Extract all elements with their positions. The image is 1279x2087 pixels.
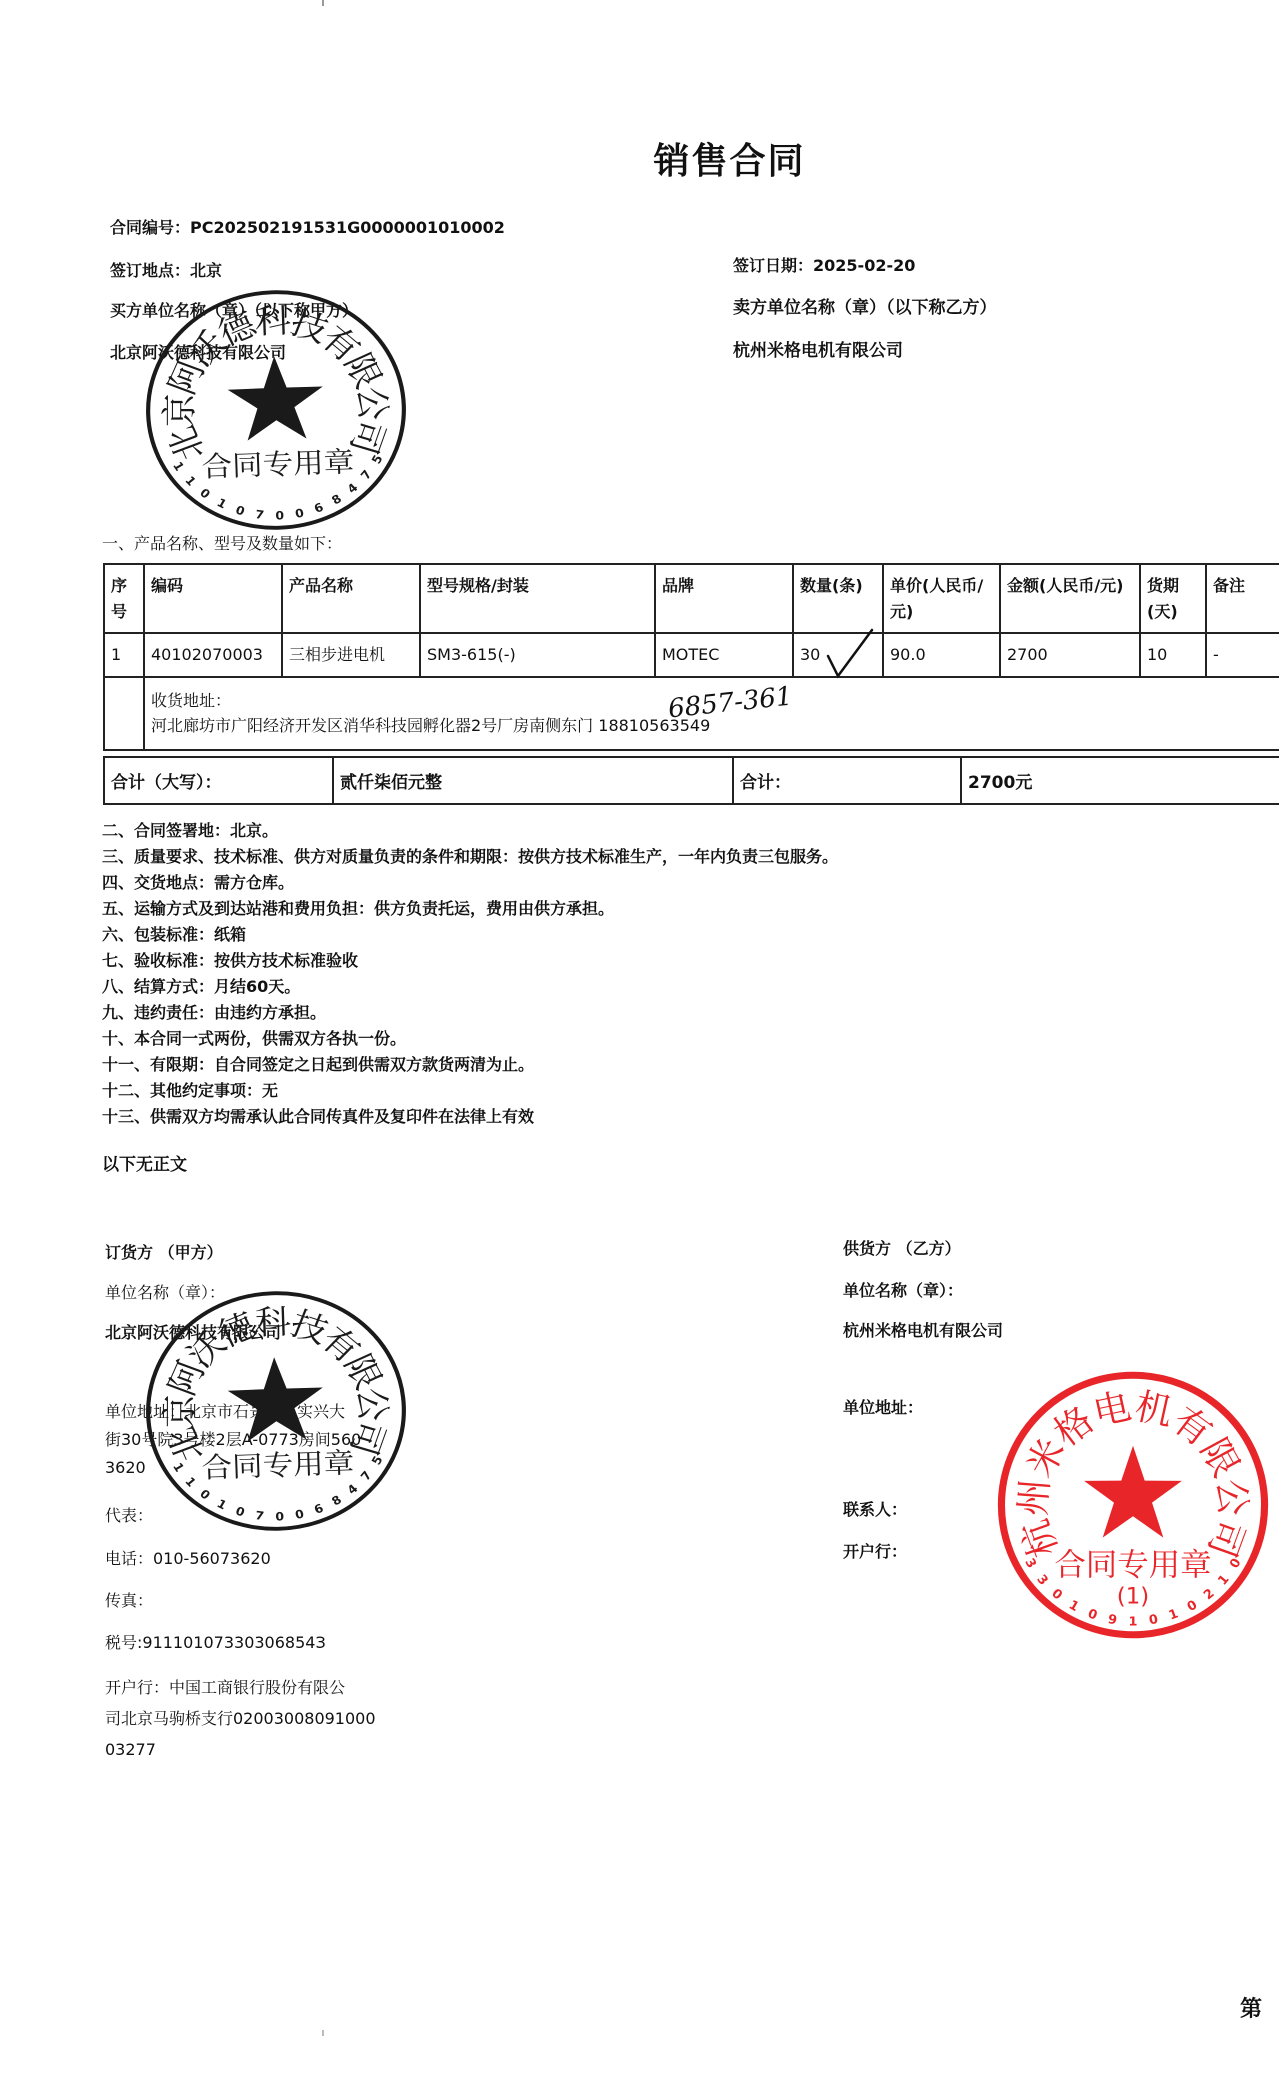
product-table: 序号 编码 产品名称 型号规格/封装 品牌 数量(条) 单价(人民币/元) 金额… bbox=[103, 563, 1279, 751]
clause: 五、运输方式及到达站港和费用负担：供方负责托运，费用由供方承担。 bbox=[102, 896, 838, 922]
clause: 六、包装标准：纸箱 bbox=[102, 922, 838, 948]
clause: 三、质量要求、技术标准、供方对质量负责的条件和期限：按供方技术标准生产，一年内负… bbox=[102, 844, 838, 870]
svg-text:1: 1 bbox=[1215, 1572, 1232, 1588]
seller-contact-label: 联系人： bbox=[843, 1497, 907, 1520]
cell-code: 40102070003 bbox=[144, 633, 282, 677]
seller-name: 杭州米格电机有限公司 bbox=[733, 336, 903, 361]
svg-text:0: 0 bbox=[234, 503, 247, 518]
header-cell: 数量(条) bbox=[793, 564, 883, 633]
svg-text:4: 4 bbox=[345, 481, 361, 496]
svg-text:1: 1 bbox=[215, 1497, 230, 1513]
blank-cell bbox=[104, 677, 144, 750]
buyer-tax-no: 税号:91110107330306854З bbox=[105, 1630, 326, 1653]
svg-text:0: 0 bbox=[197, 1487, 213, 1503]
seller-label: 卖方单位名称（章）（以下称乙方） bbox=[733, 293, 997, 318]
header-cell: 品牌 bbox=[655, 564, 793, 633]
table-header-row: 序号 编码 产品名称 型号规格/封装 品牌 数量(条) 单价(人民币/元) 金额… bbox=[104, 564, 1279, 633]
sign-place: 签订地点：北京 bbox=[110, 258, 222, 281]
clause: 九、违约责任：由违约方承担。 bbox=[102, 1000, 838, 1026]
header-cell: 单价(人民币/元) bbox=[883, 564, 1000, 633]
header-cell: 序号 bbox=[104, 564, 144, 633]
header-cell: 货期(天) bbox=[1140, 564, 1206, 633]
seller-bank-label: 开户行： bbox=[843, 1539, 907, 1562]
scan-mark bbox=[322, 2030, 324, 2036]
svg-text:0: 0 bbox=[234, 1504, 247, 1519]
svg-text:1: 1 bbox=[1129, 1615, 1138, 1630]
buyer-company-seal: 北京阿沃德科技有限公司合同专用章1101070068475 bbox=[133, 1278, 420, 1544]
scan-mark bbox=[322, 0, 324, 6]
buyer-fax: 传真： bbox=[105, 1588, 153, 1611]
totals-table: 合计（大写）： 贰仟柒佰元整 合计： 2700元 bbox=[103, 756, 1279, 805]
clause: 十、本合同一式两份，供需双方各执一份。 bbox=[102, 1026, 838, 1052]
svg-text:9: 9 bbox=[1107, 1612, 1119, 1628]
cell-model: SM3-615(-) bbox=[420, 633, 655, 677]
contract-number: 合同编号：PC202502191531G0000001010002 bbox=[110, 215, 505, 238]
buyer-block-heading: 订货方 （甲方） bbox=[105, 1240, 223, 1263]
svg-text:0: 0 bbox=[1148, 1612, 1160, 1628]
clause: 十一、有限期：自合同签定之日起到供需双方款货两清为止。 bbox=[102, 1052, 838, 1078]
svg-text:(1): (1) bbox=[1117, 1584, 1149, 1610]
total-label: 合计： bbox=[733, 757, 961, 804]
svg-text:1: 1 bbox=[215, 496, 230, 512]
clause: 四、交货地点：需方仓库。 bbox=[102, 870, 838, 896]
clause: 二、合同签署地：北京。 bbox=[102, 818, 838, 844]
seller-address-label: 单位地址： bbox=[843, 1395, 923, 1418]
svg-text:0: 0 bbox=[197, 486, 213, 502]
header-cell: 产品名称 bbox=[282, 564, 420, 633]
svg-text:0: 0 bbox=[294, 1507, 306, 1522]
svg-text:3: 3 bbox=[1033, 1572, 1050, 1588]
seller-block-heading: 供货方 （乙方） bbox=[843, 1236, 961, 1259]
svg-text:6: 6 bbox=[312, 500, 326, 515]
svg-text:0: 0 bbox=[275, 1510, 284, 1524]
cell-product-name: 三相步进电机 bbox=[282, 633, 420, 677]
svg-text:1: 1 bbox=[1066, 1598, 1081, 1615]
header-cell: 备注 bbox=[1206, 564, 1279, 633]
total-upper-label: 合计（大写）： bbox=[104, 757, 333, 804]
header-cell: 型号规格/封装 bbox=[420, 564, 655, 633]
svg-text:1: 1 bbox=[182, 474, 199, 489]
svg-text:1: 1 bbox=[182, 1475, 199, 1490]
cell-unit-price: 90.0 bbox=[883, 633, 1000, 677]
svg-text:2: 2 bbox=[1201, 1586, 1218, 1603]
svg-text:7: 7 bbox=[254, 508, 265, 522]
table-row: 1 40102070003 三相步进电机 SM3-615(-) MOTEC 30… bbox=[104, 633, 1279, 677]
svg-text:公: 公 bbox=[1209, 1477, 1255, 1517]
page-number-label: 第 bbox=[1240, 1992, 1262, 2023]
svg-text:7: 7 bbox=[358, 468, 375, 483]
svg-text:4: 4 bbox=[345, 1482, 361, 1497]
header-cell: 编码 bbox=[144, 564, 282, 633]
clauses-list: 二、合同签署地：北京。 三、质量要求、技术标准、供方对质量负责的条件和期限：按供… bbox=[102, 818, 838, 1130]
end-note: 以下无正文 bbox=[102, 1150, 187, 1175]
svg-text:7: 7 bbox=[254, 1509, 265, 1523]
svg-text:电: 电 bbox=[1089, 1385, 1134, 1434]
svg-text:1: 1 bbox=[1167, 1606, 1181, 1623]
cell-brand: MOTEC bbox=[655, 633, 793, 677]
clause: 七、验收标准：按供方技术标准验收 bbox=[102, 948, 838, 974]
clause: 八、结算方式：月结60天。 bbox=[102, 974, 838, 1000]
svg-text:0: 0 bbox=[275, 509, 284, 523]
svg-text:合同专用章: 合同专用章 bbox=[1054, 1548, 1211, 1584]
svg-text:合同专用章: 合同专用章 bbox=[201, 445, 355, 483]
cell-remark: - bbox=[1206, 633, 1279, 677]
cell-index: 1 bbox=[104, 633, 144, 677]
handwritten-checkmark bbox=[820, 628, 890, 698]
svg-text:0: 0 bbox=[1048, 1586, 1065, 1603]
clause: 十二、其他约定事项：无 bbox=[102, 1078, 838, 1104]
svg-text:合同专用章: 合同专用章 bbox=[201, 1446, 355, 1484]
seller-unit-name-label: 单位名称（章）： bbox=[843, 1278, 963, 1301]
svg-text:0: 0 bbox=[294, 506, 306, 521]
document-title: 销售合同 bbox=[0, 133, 1279, 184]
svg-text:0: 0 bbox=[1185, 1598, 1200, 1615]
cell-amount: 2700 bbox=[1000, 633, 1140, 677]
seller-company-seal: 杭州米格电机有限公司合同专用章(1)3301091010210 bbox=[990, 1364, 1276, 1646]
total-value: 2700元 bbox=[961, 757, 1279, 804]
svg-text:8: 8 bbox=[329, 1493, 344, 1509]
buyer-bank: 开户行：中国工商银行股份有限公 司北京马驹桥支行02003008091000 0… bbox=[105, 1672, 376, 1765]
svg-text:8: 8 bbox=[329, 492, 344, 508]
header-cell: 金额(人民币/元) bbox=[1000, 564, 1140, 633]
svg-text:0: 0 bbox=[1086, 1606, 1100, 1623]
svg-text:州: 州 bbox=[1011, 1477, 1057, 1517]
total-upper-value: 贰仟柒佰元整 bbox=[333, 757, 733, 804]
buyer-phone: 电话：010-56073620 bbox=[105, 1546, 271, 1569]
svg-text:6: 6 bbox=[312, 1501, 326, 1516]
buyer-company-seal: 北京阿沃德科技有限公司合同专用章1101070068475 bbox=[133, 277, 420, 543]
sign-date: 签订日期：2025-02-20 bbox=[733, 253, 915, 276]
cell-lead-time: 10 bbox=[1140, 633, 1206, 677]
clause: 十三、供需双方均需承认此合同传真件及复印件在法律上有效 bbox=[102, 1104, 838, 1130]
svg-text:7: 7 bbox=[358, 1469, 375, 1484]
seller-unit-name: 杭州米格电机有限公司 bbox=[843, 1318, 1003, 1341]
